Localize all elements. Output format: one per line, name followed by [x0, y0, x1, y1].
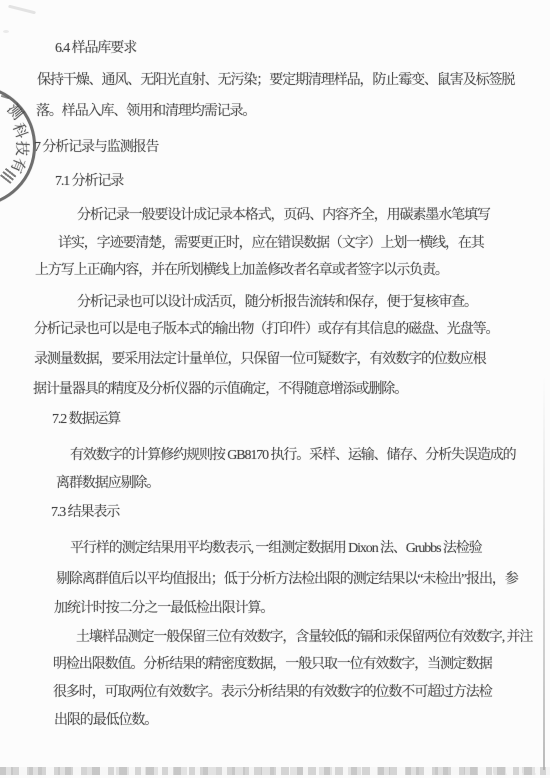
scan-artifact-corner: [8, 5, 36, 15]
text-line: 平行样的测定结果用平均数表示, 一组测定数据用 Dixon 法、Grubbs 法…: [70, 541, 482, 557]
document-page: 测 科 技 有 6.4 样品库要求 保持干燥、通风、无阳光直射、无污染；要定期清…: [0, 0, 550, 778]
heading-6-4: 6.4 样品库要求: [55, 41, 136, 57]
scan-artifact-right-edge: [543, 375, 545, 770]
text-line: 保持干燥、通风、无阳光直射、无污染；要定期清理样品，防止霉变、鼠害及标签脱: [37, 73, 514, 89]
text-line: 分析记录也可以是电子版本式的输出物（打印件）或存有其信息的磁盘、光盘等。: [34, 322, 498, 338]
text-line: 加统计时按二分之一最低检出限计算。: [54, 601, 273, 617]
text-line: 有效数字的计算修约规则按 GB8170 执行。采样、运输、储存、分析失误造成的: [70, 448, 516, 464]
text-line: 剔除离群值后以平均值报出；低于分析方法检出限的测定结果以“未检出”报出，参: [56, 572, 518, 588]
text-line: 离群数据应剔除。: [56, 476, 159, 492]
text-line: 分析记录一般要设计成记录本格式，页码、内容齐全，用碳素墨水笔填写: [77, 208, 490, 224]
stamp-character: 技: [12, 141, 34, 157]
heading-7-1: 7.1 分析记录: [55, 174, 123, 190]
text-line: 分析记录也可以设计成活页，随分析报告流转和保存，便于复核审查。: [77, 295, 477, 311]
scan-artifact-bottom-band: [0, 767, 550, 775]
text-line: 录测量数据，要采用法定计量单位，只保留一位可疑数字，有效数字的位数应根: [34, 352, 486, 368]
text-line: 明检出限数值。分析结果的精密度数据，一般只取一位有效数字，当测定数据: [53, 657, 492, 673]
text-line: 出限的最低位数。: [54, 713, 157, 729]
text-line: 据计量器具的精度及分析仪器的示值确定，不得随意增添或删除。: [33, 382, 407, 398]
heading-7: 7 分析记录与监测报告: [34, 140, 158, 156]
text-line: 土壤样品测定一般保留三位有效数字，含量较低的镉和汞保留两位有效数字, 并注: [76, 630, 532, 646]
scan-artifact-dot: [3, 30, 9, 33]
text-line: 落。样品入库、领用和清理均需记录。: [36, 104, 255, 120]
heading-7-2: 7.2 数据运算: [52, 412, 120, 428]
text-line: 上方写上正确内容，并在所划横线上加盖修改者名章或者签字以示负责。: [35, 263, 448, 279]
text-line: 很多时，可取两位有效数字。表示分析结果的有效数字的位数不可超过方法检: [53, 685, 492, 701]
heading-7-3: 7.3 结果表示: [51, 505, 119, 521]
text-line: 详实，字迹要清楚，需要更正时，应在错误数据（文字）上划一横线，在其: [58, 236, 484, 252]
